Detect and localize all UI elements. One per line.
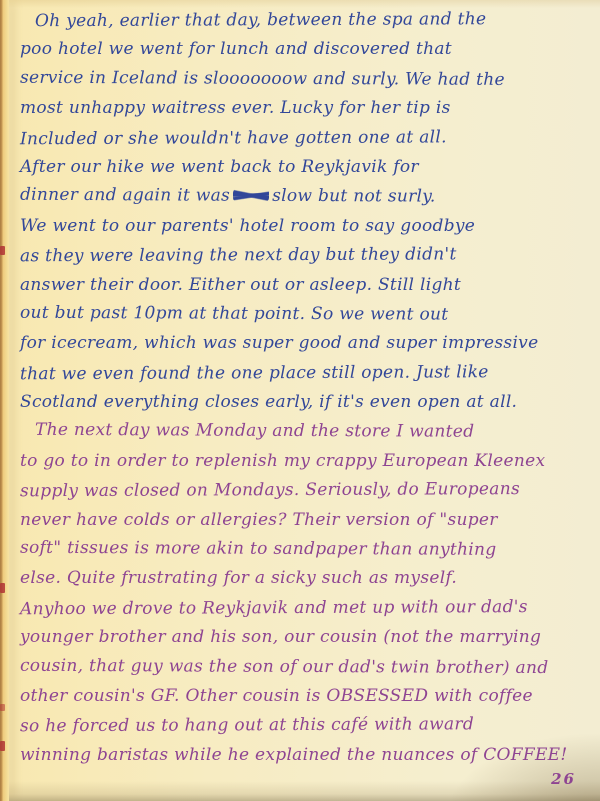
- journal-line: poo hotel we went for lunch and discover…: [20, 35, 592, 64]
- journal-line-text: soft" tissues is more akin to sandpaper …: [20, 538, 497, 560]
- journal-line-text: never have colds or allergies? Their ver…: [20, 510, 498, 530]
- journal-line: Scotland everything closes early, if it'…: [20, 388, 592, 417]
- journal-line-text: to go to in order to replenish my crappy…: [20, 451, 545, 471]
- journal-line: winning baristas while he explained the …: [20, 741, 592, 770]
- journal-line-text: Included or she wouldn't have gotten one…: [20, 127, 447, 149]
- journal-line-text: dinner and again it was: [20, 185, 230, 206]
- journal-line-text: so he forced us to hang out at this café…: [20, 715, 474, 737]
- page-number: 26: [551, 770, 576, 788]
- journal-line: never have colds or allergies? Their ver…: [20, 506, 592, 535]
- journal-line: service in Iceland is slooooooow and sur…: [20, 64, 592, 96]
- journal-line: Included or she wouldn't have gotten one…: [20, 122, 592, 154]
- journal-line: else. Quite frustrating for a sicky such…: [20, 564, 592, 593]
- journal-line-text: else. Quite frustrating for a sicky such…: [20, 568, 457, 588]
- journal-line-text: The next day was Monday and the store I …: [35, 420, 474, 442]
- journal-line-text: poo hotel we went for lunch and discover…: [20, 39, 452, 59]
- journal-line: dinner and again it wasslow but not surl…: [20, 181, 592, 213]
- binding-edge-mark: [0, 583, 5, 593]
- journal-line: We went to our parents' hotel room to sa…: [20, 212, 592, 241]
- journal-line: The next day was Monday and the store I …: [20, 416, 592, 448]
- binding-edge-mark: [0, 741, 5, 751]
- journal-line-text: cousin, that guy was the son of our dad'…: [20, 655, 549, 677]
- journal-line-text: slow but not surly.: [272, 186, 436, 207]
- journal-line: soft" tissues is more akin to sandpaper …: [20, 534, 592, 566]
- journal-line-text: answer their door. Either out or asleep.…: [20, 275, 461, 295]
- journal-line-text: Oh yeah, earlier that day, between the s…: [35, 9, 486, 31]
- journal-line: cousin, that guy was the son of our dad'…: [20, 651, 592, 683]
- journal-line-text: out but past 10pm at that point. So we w…: [20, 303, 448, 325]
- journal-page: Oh yeah, earlier that day, between the s…: [0, 0, 600, 801]
- journal-line-text: supply was closed on Mondays. Seriously,…: [20, 479, 520, 501]
- journal-line: After our hike we went back to Reykjavik…: [20, 153, 592, 182]
- journal-line: Oh yeah, earlier that day, between the s…: [20, 5, 592, 37]
- journal-line: answer their door. Either out or asleep.…: [20, 271, 592, 300]
- journal-line: other cousin's GF. Other cousin is OBSES…: [20, 682, 592, 711]
- journal-line: out but past 10pm at that point. So we w…: [20, 299, 592, 331]
- journal-line-text: other cousin's GF. Other cousin is OBSES…: [20, 686, 533, 706]
- binding-edge-mark: [0, 704, 5, 711]
- journal-line-text: younger brother and his son, our cousin …: [20, 627, 541, 647]
- journal-line: for icecream, which was super good and s…: [20, 329, 592, 358]
- journal-line: supply was closed on Mondays. Seriously,…: [20, 475, 592, 507]
- scribbled-out-word: [233, 189, 269, 202]
- journal-line-text: winning baristas while he explained the …: [20, 745, 568, 765]
- journal-line-text: that we even found the one place still o…: [20, 362, 489, 384]
- journal-line: younger brother and his son, our cousin …: [20, 623, 592, 652]
- journal-line-text: service in Iceland is slooooooow and sur…: [20, 68, 505, 90]
- journal-text: Oh yeah, earlier that day, between the s…: [20, 6, 592, 770]
- journal-line-text: most unhappy waitress ever. Lucky for he…: [20, 98, 451, 118]
- journal-line-text: for icecream, which was super good and s…: [20, 333, 538, 353]
- page-binding-edge: [0, 0, 9, 801]
- binding-edge-mark: [0, 246, 5, 255]
- journal-line-text: We went to our parents' hotel room to sa…: [20, 216, 475, 236]
- journal-line: Anyhoo we drove to Reykjavik and met up …: [20, 593, 592, 625]
- journal-line-text: as they were leaving the next day but th…: [20, 244, 457, 266]
- journal-line-text: After our hike we went back to Reykjavik…: [20, 157, 419, 177]
- journal-line: so he forced us to hang out at this café…: [20, 710, 592, 742]
- journal-line: as they were leaving the next day but th…: [20, 240, 592, 272]
- journal-line-text: Anyhoo we drove to Reykjavik and met up …: [20, 597, 528, 619]
- journal-line: that we even found the one place still o…: [20, 357, 592, 389]
- journal-line: most unhappy waitress ever. Lucky for he…: [20, 94, 592, 123]
- journal-line: to go to in order to replenish my crappy…: [20, 447, 592, 476]
- journal-line-text: Scotland everything closes early, if it'…: [20, 392, 517, 412]
